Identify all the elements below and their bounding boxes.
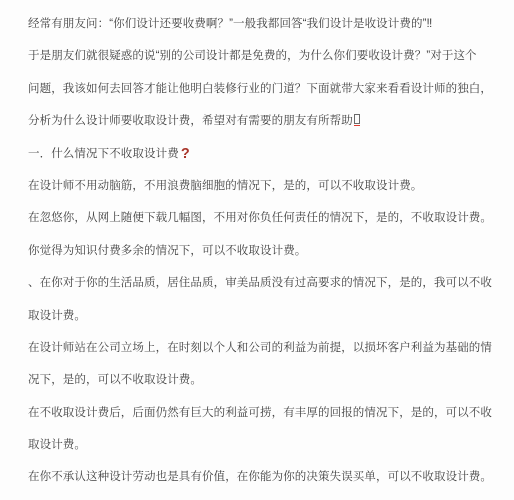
text-line: 在你不承认这种设计劳动也是具有价值，在你能为你的决策失误买单，可以不收取设计费。 [28, 461, 490, 493]
line-text: 经常有朋友问：“你们设计还要收费啊？”一般我都回答“我们设计是收设计费的”‼ [28, 18, 432, 30]
line-text: 取设计费。 [28, 310, 86, 322]
line-text: 于是朋友们就很疑惑的说“别的公司设计都是免费的，为什么你们要收设计费？”对于这个 [28, 50, 477, 62]
line-text: 在忽悠你，从网上随便下载几幅图，不用对你负任何责任的情况下，是的，不收取设计费。 [28, 212, 492, 224]
text-line: 于是朋友们就很疑惑的说“别的公司设计都是免费的，为什么你们要收设计费？”对于这个 [28, 40, 490, 72]
line-text: 分析为什么设计师要收取设计费，希望对有需要的朋友有所帮助 [28, 115, 353, 127]
article-body: 经常有朋友问：“你们设计还要收费啊？”一般我都回答“我们设计是收设计费的”‼于是… [0, 0, 514, 494]
text-line: 在不收取设计费后，后面仍然有巨大的利益可捞，有丰厚的回报的情况下，是的，可以不收 [28, 397, 490, 429]
line-text: 问题，我该如何去回答才能让他明白装修行业的门道？下面就带大家来看看设计师的独白， [28, 83, 492, 95]
missing-glyph-box [354, 114, 360, 126]
text-line: 在设计师不用动脑筋，不用浪费脑细胞的情况下，是的，可以不收取设计费。 [28, 170, 490, 202]
red-question-mark-icon: ? [181, 146, 190, 162]
line-text: 在不收取设计费后，后面仍然有巨大的利益可捞，有丰厚的回报的情况下，是的，可以不收 [28, 407, 492, 419]
text-line: 在设计师站在公司立场上，在时刻以个人和公司的利益为前提，以损坏客户利益为基础的情 [28, 332, 490, 364]
text-line: 你觉得为知识付费多余的情况下，可以不收取设计费。 [28, 235, 490, 267]
line-text: 在设计师不用动脑筋，不用浪费脑细胞的情况下，是的，可以不收取设计费。 [28, 180, 422, 192]
text-line: 取设计费。 [28, 429, 490, 461]
article-page: 经常有朋友问：“你们设计还要收费啊？”一般我都回答“我们设计是收设计费的”‼于是… [0, 0, 514, 500]
line-text: 况下，是的，可以不收取设计费。 [28, 374, 202, 386]
text-line: 经常有朋友问：“你们设计还要收费啊？”一般我都回答“我们设计是收设计费的”‼ [28, 8, 490, 40]
text-line: 分析为什么设计师要收取设计费，希望对有需要的朋友有所帮助 [28, 105, 490, 137]
text-line: 问题，我该如何去回答才能让他明白装修行业的门道？下面就带大家来看看设计师的独白， [28, 73, 490, 105]
tofu-icon [354, 114, 360, 124]
text-line: 取设计费。 [28, 300, 490, 332]
text-line: 、在你对于你的生活品质，居住品质，审美品质没有过高要求的情况下，是的，我可以不收 [28, 267, 490, 299]
line-text: 在你不承认这种设计劳动也是具有价值，在你能为你的决策失误买单，可以不收取设计费。 [28, 471, 492, 483]
text-line: 况下，是的，可以不收取设计费。 [28, 364, 490, 396]
line-text: 、在你对于你的生活品质，居住品质，审美品质没有过高要求的情况下，是的，我可以不收 [28, 277, 492, 289]
line-text: 一．什么情况下不收取设计费 [28, 148, 179, 160]
line-text: 你觉得为知识付费多余的情况下，可以不收取设计费。 [28, 245, 306, 257]
line-text: 取设计费。 [28, 439, 86, 451]
section-heading: 一．什么情况下不收取设计费? [28, 138, 490, 170]
text-line: 在忽悠你，从网上随便下载几幅图，不用对你负任何责任的情况下，是的，不收取设计费。 [28, 202, 490, 234]
line-text: 在设计师站在公司立场上，在时刻以个人和公司的利益为前提，以损坏客户利益为基础的情 [28, 342, 492, 354]
